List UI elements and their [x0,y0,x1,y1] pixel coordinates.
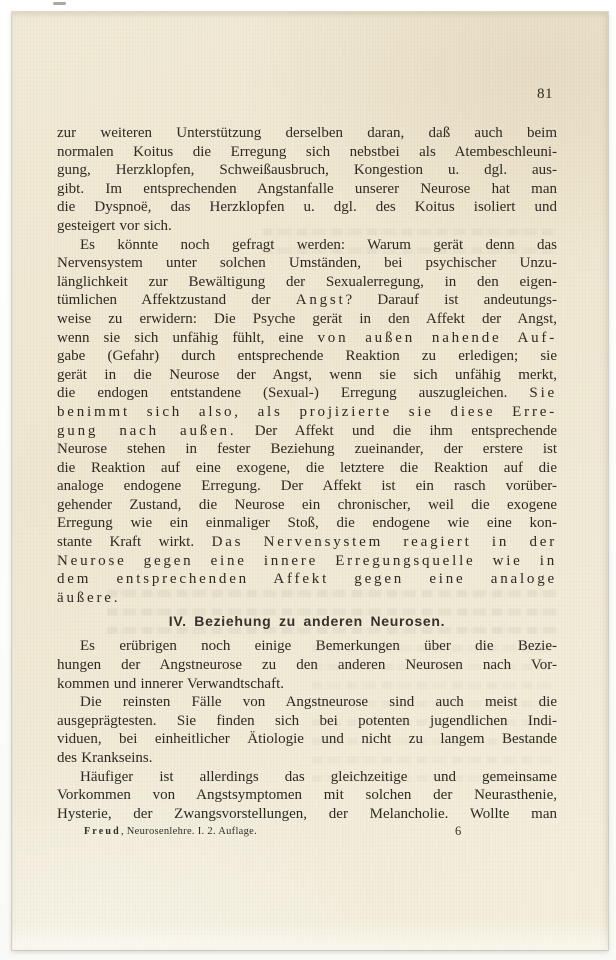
text-line: normalen Koitus die Erregung sich nebstb… [57,143,557,162]
page-footer: Freud, Neurosenlehre. I. 2. Auflage. 6 [57,825,557,838]
text-segment: die endogen entstandene (Sexual-) Erregu… [57,385,529,401]
text-segment: Hysterie, der Zwangsvorstellungen, der M… [57,806,557,822]
text-line: äußere. [57,589,557,608]
emphasized-text-segment: Das Nervensystem reagiert in der [212,534,557,550]
text-segment: Es könnte noch gefragt werden: Warum ger… [80,237,557,253]
text-line: analoge endogene Erregung. Der Affekt is… [57,477,557,496]
paragraph: Es könnte noch gefragt werden: Warum ger… [57,236,557,608]
paragraph: Es erübrigen noch einige Bemerkungen übe… [57,637,557,693]
text-line: Neurose gegen eine innere Erregungsquell… [57,552,557,571]
paragraph: Häufiger ist allerdings das gleichzeitig… [57,768,557,824]
text-segment: hungen der Angstneurose zu den anderen N… [57,657,557,673]
text-line: gibt. Im entsprechenden Angstanfalle uns… [57,180,557,199]
text-segment: gabe (Gefahr) durch entsprechende Reakti… [57,348,557,364]
text-line: ausgeprägtesten. Sie finden sich bei pot… [57,712,557,731]
text-segment: wenn sie sich unfähig fühlt, eine [57,330,317,346]
text-column: zur weiteren Unterstützung derselben dar… [57,124,557,838]
emphasized-text-segment: benimmt sich also, als projizierte sie d… [57,404,557,420]
section-heading: IV. Beziehung zu anderen Neurosen. [57,613,557,630]
text-segment: Vorkommen von Angstsymptomen mit solchen… [57,787,557,803]
text-line: gesteigert vor sich. [57,217,557,236]
body-text: zur weiteren Unterstützung derselben dar… [57,124,557,823]
scanned-book-page: 81 zur weiteren Unterstützung derselben … [0,0,616,960]
text-line: hungen der Angstneurose zu den anderen N… [57,656,557,675]
text-line: gehender Zustand, die Neurose ein chroni… [57,496,557,515]
text-line: gabe (Gefahr) durch entsprechende Reakti… [57,347,557,366]
text-segment: stante Kraft wirkt. [57,534,212,550]
text-line: Es erübrigen noch einige Bemerkungen übe… [57,637,557,656]
text-segment: weise zu erwidern: Die Psyche gerät in d… [57,311,557,327]
emphasized-text-segment: dem entsprechenden Affekt gegen eine ana… [57,571,557,587]
text-line: Vorkommen von Angstsymptomen mit solchen… [57,786,557,805]
book-page: 81 zur weiteren Unterstützung derselben … [12,12,608,950]
text-segment: zur weiteren Unterstützung derselben dar… [57,125,557,141]
emphasized-text-segment: Sie [529,385,557,401]
text-line: die endogen entstandene (Sexual-) Erregu… [57,384,557,403]
text-segment: Der Affekt und die ihm entsprechende [236,423,557,439]
text-segment: die Reaktion auf eine exogene, die letzt… [57,460,557,476]
text-line: gung nach außen. Der Affekt und die ihm … [57,422,557,441]
text-segment: länglichkeit zur Bewältigung der Sexuale… [57,274,557,290]
text-line: die Dyspnoë, das Herzklopfen u. dgl. des… [57,198,557,217]
text-line: viduen, bei einheitlicher Ätiologie und … [57,730,557,749]
text-line: die Reaktion auf eine exogene, die letzt… [57,459,557,478]
page-number: 81 [57,87,557,102]
text-segment: Erregung wie ein einmaliger Stoß, die en… [57,515,557,531]
emphasized-text-segment: gung nach außen. [57,423,236,439]
emphasized-text-segment: Neurose gegen eine innere Erregungsquell… [57,553,557,569]
text-segment: gung, Herzklopfen, Schweißausbruch, Kong… [57,162,557,178]
text-line: weise zu erwidern: Die Psyche gerät in d… [57,310,557,329]
text-segment: Nervensystem unter solchen Umständen, be… [57,255,557,271]
text-segment: gesteigert vor sich. [57,218,172,234]
text-segment: ausgeprägtesten. Sie finden sich bei pot… [57,713,557,729]
text-line: kommen und innerer Verwandtschaft. [57,675,557,694]
text-line: wenn sie sich unfähig fühlt, eine von au… [57,329,557,348]
text-line: benimmt sich also, als projizierte sie d… [57,403,557,422]
text-segment: tümlichen Affektzustand der [57,292,296,308]
emphasized-text-segment: von außen nahende Auf- [317,330,557,346]
text-segment: Häufiger ist allerdings das gleichzeitig… [80,769,557,785]
text-segment: Es erübrigen noch einige Bemerkungen übe… [80,638,557,654]
text-line: gung, Herzklopfen, Schweißausbruch, Kong… [57,161,557,180]
text-line: Häufiger ist allerdings das gleichzeitig… [57,768,557,787]
paragraph: zur weiteren Unterstützung derselben dar… [57,124,557,236]
emphasized-text-segment: äußere. [57,590,120,606]
text-segment: gerät in die Neurose der Angst, wenn sie… [57,367,557,383]
text-segment: die Dyspnoë, das Herzklopfen u. dgl. des… [57,199,557,215]
sheet-signature-number: 6 [455,825,461,838]
text-segment: viduen, bei einheitlicher Ätiologie und … [57,731,557,747]
emphasized-text-segment: Angst [296,292,346,308]
text-line: dem entsprechenden Affekt gegen eine ana… [57,570,557,589]
text-line: gerät in die Neurose der Angst, wenn sie… [57,366,557,385]
text-segment: Die reinsten Fälle von Angstneurose sind… [80,694,557,710]
footer-imprint: Freud, Neurosenlehre. I. 2. Auflage. [84,826,257,837]
text-segment: ? Darauf ist andeutungs- [346,292,557,308]
text-line: Neurose stehen in fester Beziehung zuein… [57,440,557,459]
footer-title: , Neurosenlehre. I. 2. Auflage. [121,826,257,837]
text-segment: normalen Koitus die Erregung sich nebstb… [57,144,557,160]
paragraph: Die reinsten Fälle von Angstneurose sind… [57,693,557,767]
text-line: Die reinsten Fälle von Angstneurose sind… [57,693,557,712]
text-line: zur weiteren Unterstützung derselben dar… [57,124,557,143]
text-line: tümlichen Affektzustand der Angst? Darau… [57,291,557,310]
text-line: Erregung wie ein einmaliger Stoß, die en… [57,514,557,533]
footer-author: Freud [84,826,121,837]
scan-artifact-speck [53,2,66,5]
text-segment: analoge endogene Erregung. Der Affekt is… [57,478,557,494]
text-line: Hysterie, der Zwangsvorstellungen, der M… [57,805,557,824]
text-line: länglichkeit zur Bewältigung der Sexuale… [57,273,557,292]
text-segment: kommen und innerer Verwandtschaft. [57,676,284,692]
text-segment: Neurose stehen in fester Beziehung zuein… [57,441,557,457]
text-line: stante Kraft wirkt. Das Nervensystem rea… [57,533,557,552]
text-segment: des Krankseins. [57,750,152,766]
text-line: des Krankseins. [57,749,557,768]
text-line: Nervensystem unter solchen Umständen, be… [57,254,557,273]
text-line: Es könnte noch gefragt werden: Warum ger… [57,236,557,255]
text-segment: gehender Zustand, die Neurose ein chroni… [57,497,557,513]
text-segment: gibt. Im entsprechenden Angstanfalle uns… [57,181,557,197]
